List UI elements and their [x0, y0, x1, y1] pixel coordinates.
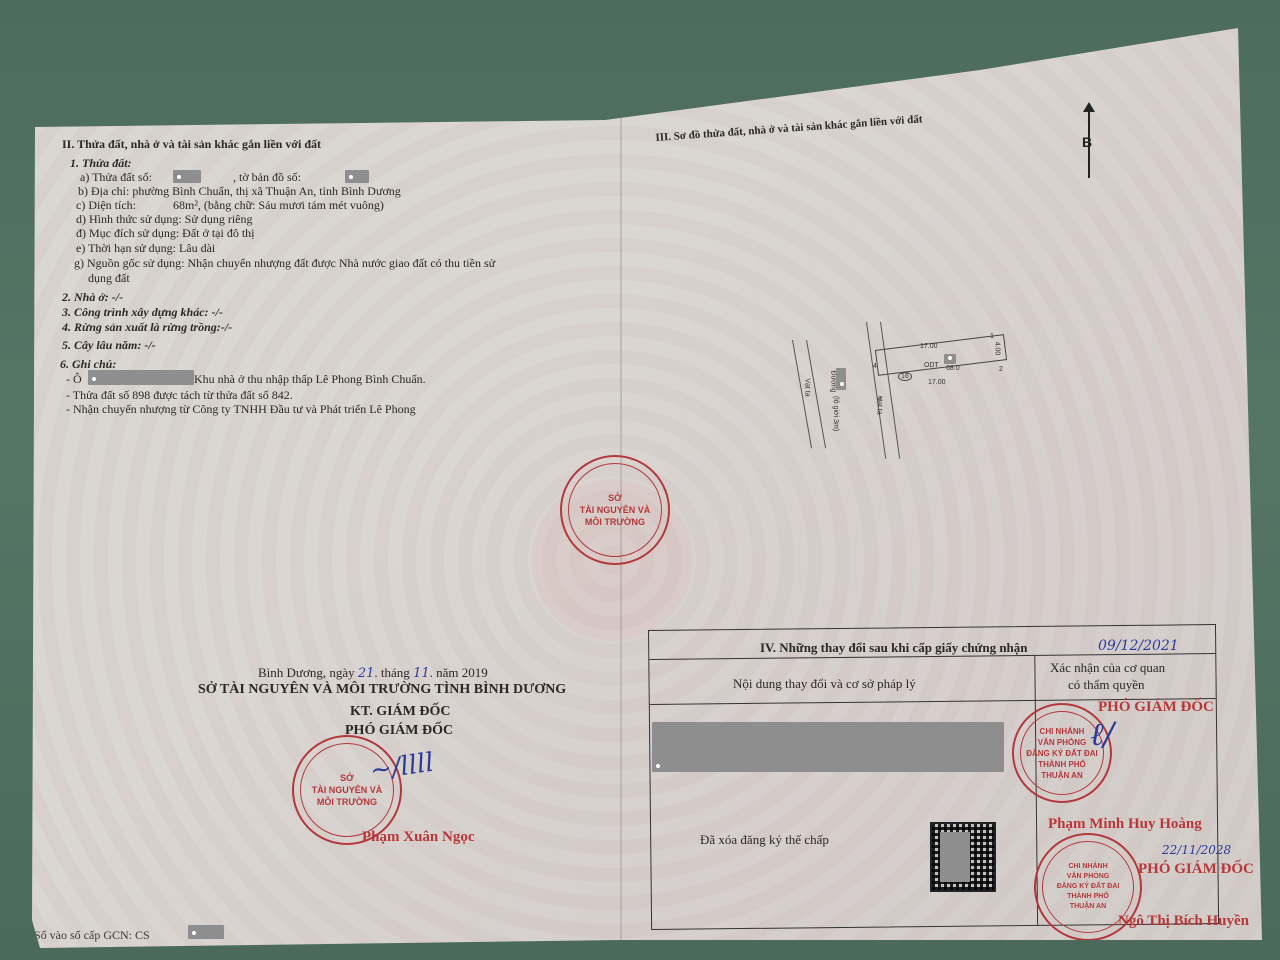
- usage-purpose: đ) Mục đích sử dụng: Đất ở tại đô thị: [76, 226, 255, 240]
- approver-2-name: Ngô Thị Bích Huyền: [1118, 914, 1249, 928]
- official-stamp-center: SỞ TÀI NGUYÊN VÀ MÔI TRƯỜNG: [560, 455, 670, 565]
- center-stamp-line-1: SỞ: [608, 492, 622, 504]
- center-stamp-line-3: MÔI TRƯỜNG: [585, 516, 645, 528]
- signing-date: Bình Dương, ngày 21. tháng 11. năm 2019: [258, 666, 488, 681]
- parcel-outline: [875, 334, 1007, 376]
- note-1-prefix: - Ô: [66, 372, 82, 386]
- date-prefix: Bình Dương, ngày: [258, 665, 355, 680]
- redacted-parcel-number: [173, 170, 201, 183]
- redacted-plot-detail: [944, 354, 956, 364]
- redacted-change-entry: [652, 722, 1004, 772]
- plot-land-code: ODT: [924, 362, 939, 369]
- date-month: 11: [413, 666, 430, 681]
- office-stamp-2-line-5: THUẬN AN: [1070, 902, 1106, 912]
- area-value: 68m², (bằng chữ: Sáu mươi tám mét vuông): [173, 198, 384, 212]
- office-stamp-2-line-3: ĐĂNG KÝ ĐẤT ĐAI: [1057, 882, 1120, 892]
- registry-label: Số vào số cấp GCN: CS: [34, 928, 150, 942]
- plot-vertex-4: 4: [873, 363, 877, 370]
- section-iii-title: III. Sơ đồ thửa đất, nhà ở và tài sản kh…: [655, 112, 923, 145]
- address-line: b) Địa chỉ: phường Bình Chuẩn, thị xã Th…: [78, 184, 401, 198]
- alley-label-2: Vạt ta: [876, 396, 883, 414]
- center-stamp-line-2: TÀI NGUYÊN VÀ: [580, 504, 651, 516]
- change-entry-text: Đã xóa đăng ký thế chấp: [700, 833, 829, 847]
- col-authority-line-1: Xác nhận của cơ quan: [1050, 661, 1165, 675]
- note-1: Khu nhà ở thu nhập thấp Lê Phong Bình Ch…: [194, 372, 426, 386]
- usage-term: e) Thời hạn sử dụng: Lâu dài: [76, 241, 215, 255]
- usage-form: d) Hình thức sử dụng: Sử dụng riêng: [76, 212, 253, 226]
- plot-side-length: 4.00: [993, 342, 1000, 356]
- plot-vertex-1: 1: [990, 333, 994, 340]
- handwritten-change-date: 09/12/2021: [1098, 638, 1179, 654]
- other-construction-item: 3. Công trình xây dựng khác: -/-: [62, 305, 223, 319]
- approver-1-signature: ℓ∕: [1090, 715, 1114, 753]
- plot-vertex-2: 2: [999, 366, 1003, 373]
- office-stamp-1-line-2: VĂN PHÒNG: [1038, 737, 1086, 748]
- usage-origin-cont: dụng đất: [88, 271, 130, 285]
- road-width: (lộ giới 3m): [832, 396, 839, 431]
- redacted-registry-number: [188, 925, 224, 939]
- plot-top-length: 17.00: [920, 343, 938, 350]
- office-stamp-1-line-1: CHI NHÁNH: [1040, 726, 1085, 737]
- col-change-content: Nội dung thay đổi và cơ sở pháp lý: [733, 677, 916, 691]
- notes-heading: 6. Ghi chú:: [60, 357, 116, 371]
- north-label: B: [1082, 134, 1092, 150]
- usage-origin: g) Nguồn gốc sử dụng: Nhận chuyển nhượng…: [74, 256, 495, 270]
- signer-name: Phạm Xuân Ngọc: [362, 830, 475, 844]
- office-stamp-2-line-2: VĂN PHÒNG: [1067, 872, 1109, 882]
- land-heading: 1. Thửa đất:: [70, 156, 132, 170]
- redacted-map-sheet: [345, 170, 369, 183]
- office-stamp-1-line-3: ĐĂNG KÝ ĐẤT ĐAI: [1026, 748, 1098, 759]
- plot-parcel-number: 16: [898, 372, 912, 381]
- section-ii-title: II. Thửa đất, nhà ở và tài sản khác gắn …: [62, 137, 321, 151]
- approver-2-date: 22/11/2028: [1162, 843, 1231, 857]
- office-stamp-1-line-5: THUẬN AN: [1041, 770, 1082, 781]
- note-2: - Thửa đất số 898 được tách từ thửa đất …: [66, 388, 293, 402]
- issuing-authority: SỞ TÀI NGUYÊN VÀ MÔI TRƯỜNG TÌNH BÌNH DƯ…: [198, 683, 566, 697]
- approver-1-title: PHÓ GIÁM ĐỐC: [1098, 700, 1214, 714]
- note-3: - Nhận chuyển nhượng từ Công ty TNHH Đầu…: [66, 402, 416, 416]
- section-iv-title: IV. Những thay đổi sau khi cấp giấy chứn…: [760, 641, 1028, 655]
- plot-bottom-length: 17.00: [928, 379, 946, 386]
- office-stamp-2-line-1: CHI NHÁNH: [1068, 862, 1107, 872]
- approver-1-name: Phạm Minh Huy Hoàng: [1048, 817, 1202, 831]
- perennial-tree-item: 5. Cây lâu năm: -/-: [62, 338, 156, 352]
- forest-item: 4. Rừng sản xuất là rừng trồng:-/-: [62, 320, 232, 334]
- month-label: tháng: [381, 665, 410, 680]
- year-label: năm 2019: [436, 665, 488, 680]
- redacted-note-detail: [88, 370, 194, 385]
- office-stamp-1-line-4: THÀNH PHỐ: [1038, 759, 1086, 770]
- approver-2-title: PHÓ GIÁM ĐỐC: [1138, 862, 1254, 876]
- office-stamp-2-line-4: THÀNH PHỐ: [1067, 892, 1109, 902]
- area-label: c) Diện tích:: [76, 198, 136, 212]
- house-item: 2. Nhà ở: -/-: [62, 290, 123, 304]
- col-authority-line-2: có thẩm quyền: [1068, 678, 1145, 692]
- signer-title-1: KT. GIÁM ĐỐC: [350, 705, 450, 719]
- stamp-line-3: MÔI TRƯỜNG: [317, 796, 377, 808]
- stamp-line-1: SỞ: [340, 772, 354, 784]
- parcel-number-label: a) Thửa đất số:: [80, 170, 152, 184]
- date-day: 21: [358, 666, 375, 681]
- redacted-qr-center: [940, 832, 970, 882]
- alley-label-1: Vạt ta: [804, 378, 811, 396]
- plot-area: 68.0: [946, 365, 960, 372]
- map-sheet-label: , tờ bản đồ số:: [233, 170, 301, 184]
- land-certificate-page: II. Thửa đất, nhà ở và tài sản khác gắn …: [0, 0, 1280, 960]
- redacted-road-name: [836, 368, 846, 390]
